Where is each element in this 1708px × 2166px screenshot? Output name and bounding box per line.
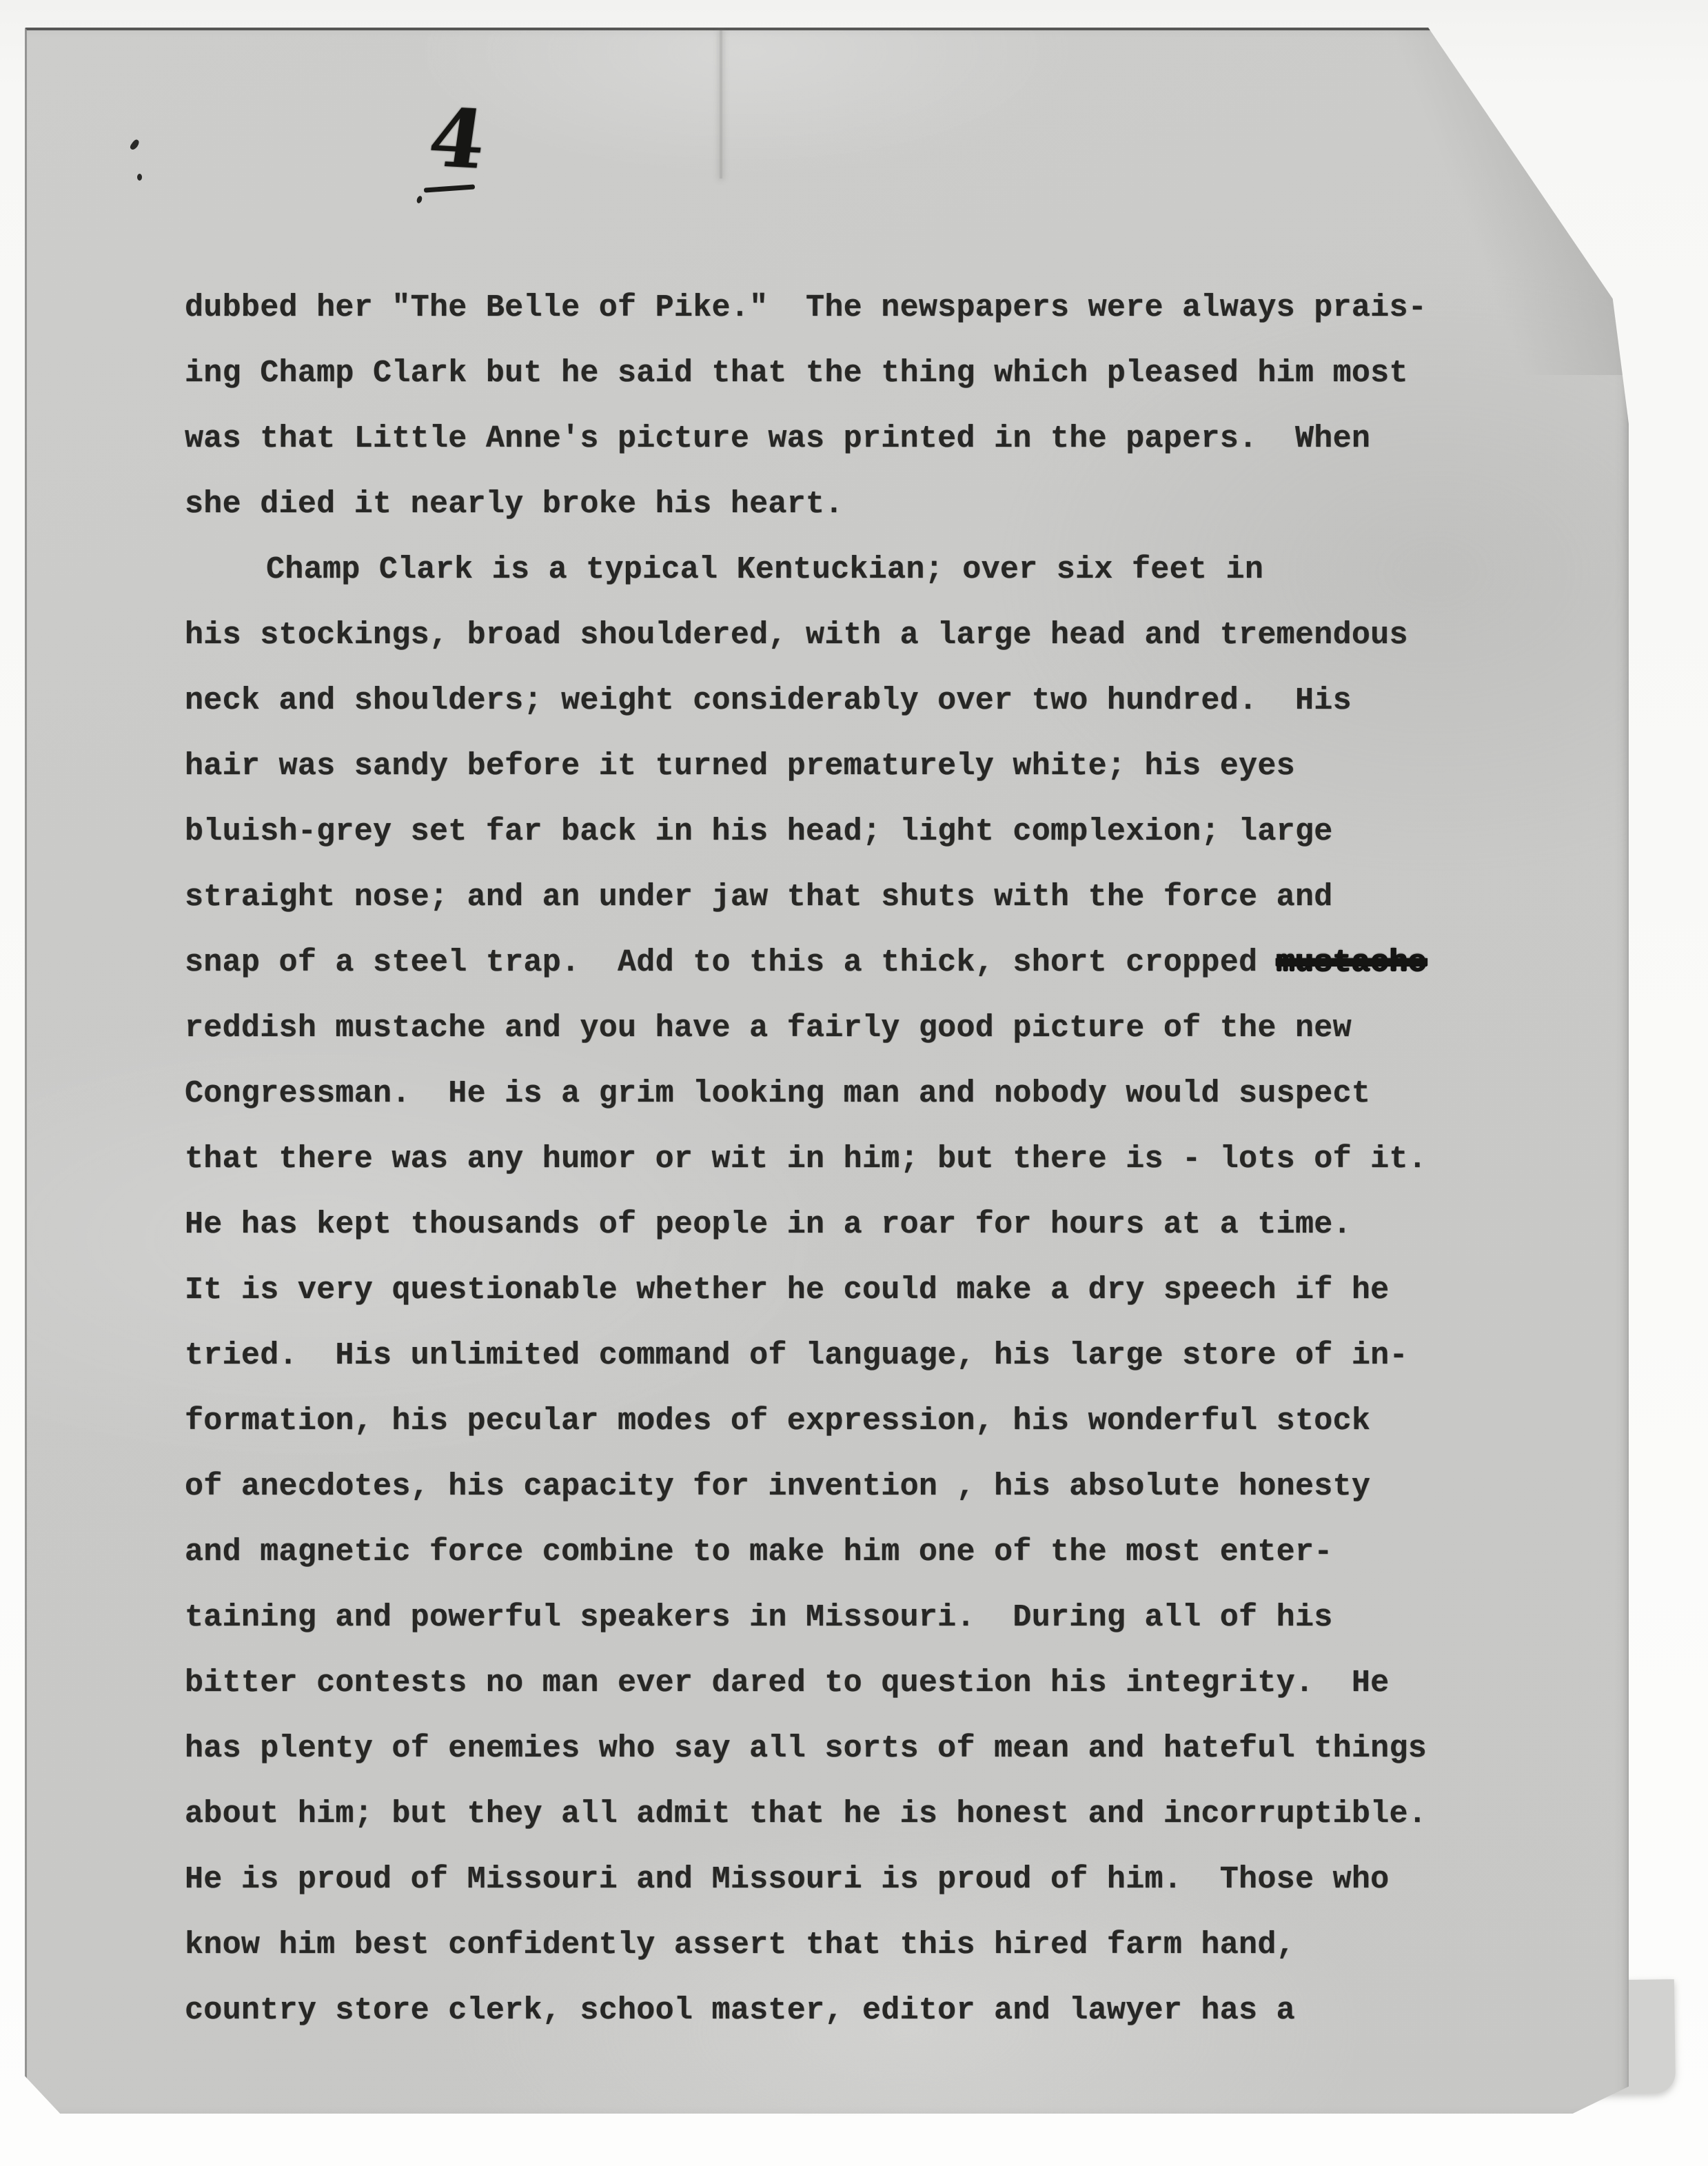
ink-speck <box>1593 73 1598 78</box>
ink-speck <box>129 139 141 151</box>
ink-speck <box>137 174 142 181</box>
scanned-document-page: 4 dubbed her "The Belle of Pike." The ne… <box>0 0 1708 2166</box>
text-line: reddish mustache and you have a fairly g… <box>185 995 1494 1061</box>
text-line: about him; but they all admit that he is… <box>185 1781 1494 1847</box>
text-line: bitter contests no man ever dared to que… <box>185 1650 1494 1716</box>
text-line: He is proud of Missouri and Missouri is … <box>185 1847 1494 1912</box>
text-segment: snap of a steel trap. Add to this a thic… <box>185 945 1277 980</box>
struck-word: mustache <box>1277 945 1427 980</box>
text-line: snap of a steel trap. Add to this a thic… <box>185 930 1494 995</box>
text-line: that there was any humor or wit in him; … <box>185 1126 1494 1192</box>
page-number-handwritten: 4 <box>425 103 490 175</box>
text-line: tried. His unlimited command of language… <box>185 1323 1494 1388</box>
text-line: has plenty of enemies who say all sorts … <box>185 1716 1494 1781</box>
page-number-underline <box>424 184 475 192</box>
text-line: hair was sandy before it turned prematur… <box>185 733 1494 799</box>
text-line: taining and powerful speakers in Missour… <box>185 1585 1494 1650</box>
paper-sheet: 4 dubbed her "The Belle of Pike." The ne… <box>25 28 1629 2114</box>
text-line-paragraph-start: Champ Clark is a typical Kentuckian; ove… <box>185 537 1494 603</box>
text-line: It is very questionable whether he could… <box>185 1257 1494 1323</box>
text-line: ing Champ Clark but he said that the thi… <box>185 341 1494 406</box>
text-line: bluish-grey set far back in his head; li… <box>185 799 1494 864</box>
text-line: Congressman. He is a grim looking man an… <box>185 1061 1494 1126</box>
paper-crease <box>720 30 722 179</box>
text-line: dubbed her "The Belle of Pike." The news… <box>185 275 1494 341</box>
text-line: was that Little Anne's picture was print… <box>185 406 1494 472</box>
text-line: He has kept thousands of people in a roa… <box>185 1192 1494 1257</box>
text-line: and magnetic force combine to make him o… <box>185 1519 1494 1585</box>
text-line: straight nose; and an under jaw that shu… <box>185 864 1494 930</box>
text-line: formation, his pecular modes of expressi… <box>185 1388 1494 1454</box>
ink-dot <box>416 195 423 204</box>
text-line: know him best confidently assert that th… <box>185 1912 1494 1978</box>
text-line: neck and shoulders; weight considerably … <box>185 668 1494 733</box>
text-line: his stockings, broad shouldered, with a … <box>185 603 1494 668</box>
text-line: she died it nearly broke his heart. <box>185 472 1494 537</box>
text-line: country store clerk, school master, edit… <box>185 1978 1494 2043</box>
text-line: of anecdotes, his capacity for invention… <box>185 1454 1494 1519</box>
typewritten-text: dubbed her "The Belle of Pike." The news… <box>185 275 1494 2043</box>
